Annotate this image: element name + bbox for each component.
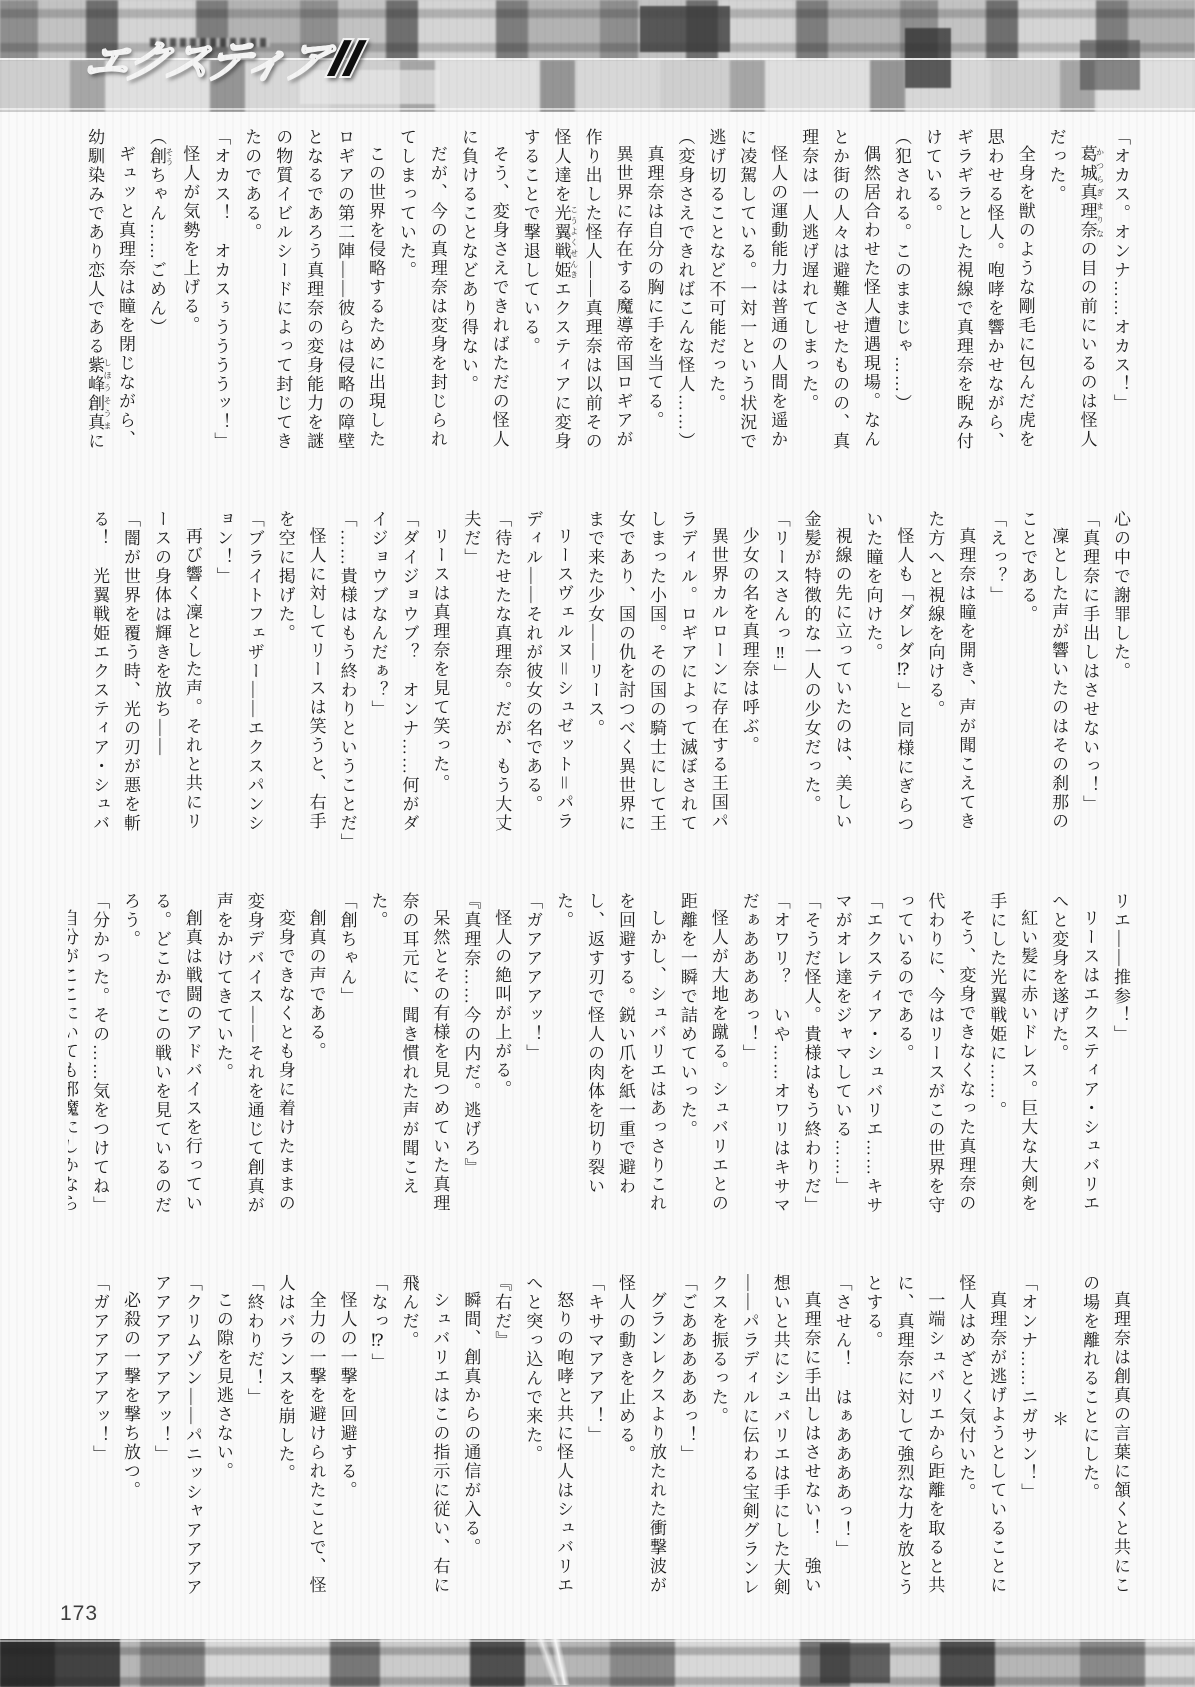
collage-divider-line	[0, 108, 1195, 110]
paragraph: ギュッと真理奈は瞳を閉じながら、幼馴染みであり恋人である紫峰創真しほうそうまに	[78, 128, 140, 464]
paragraph: 「……貴様はもう終わりということだ」	[331, 510, 362, 846]
paragraph: （犯される。このままじゃ……）	[885, 128, 916, 464]
paragraph: 「させん！ はぁああああっ！」	[826, 1274, 857, 1610]
paragraph: 真理奈は瞳を開き、声が聞こえてきた方へと視線を向ける。	[918, 510, 980, 846]
paragraph: 怪人の絶叫が上がる。	[485, 892, 516, 1228]
paragraph: 創真の声である。	[300, 892, 331, 1228]
paragraph: 『右だ』	[485, 1274, 516, 1610]
paragraph: グランレクスより放たれた衝撃波が怪人の動きを止める。	[609, 1274, 671, 1610]
collage-divider-line	[0, 1640, 1195, 1642]
paragraph: 「真理奈に手出しはさせないっ！」	[1073, 510, 1104, 846]
paragraph: リースはエクスティア・シュバリエへと変身を遂げた。	[1042, 892, 1104, 1228]
paragraph: 「リースさんっ‼」	[764, 510, 795, 846]
text-band-3: リエ――推参！」リースはエクスティア・シュバリエへと変身を遂げた。紅い髪に赤いド…	[68, 892, 1135, 1228]
series-logo-text: エクスティア	[78, 38, 333, 87]
paragraph: 「ガアアアアアッ！」	[83, 1274, 114, 1610]
paragraph: リースヴェルヌ＝シュゼット＝パラディル――それが彼女の名である。	[516, 510, 578, 846]
paragraph: 真理奈は自分の胸に手を当てる。	[638, 128, 669, 464]
paragraph: 「待たせたな真理奈。だが、もう大丈夫だ」	[454, 510, 516, 846]
paragraph: だが、今の真理奈は変身を封じられてしまっていた。	[390, 128, 452, 464]
paragraph: 真理奈が逃げようとしていることに怪人はめざとく気付いた。	[949, 1274, 1011, 1610]
paragraph: 怪人の運動能力は普通の人間を遥かに凌駕している。一対一という状況で逃げ切ることな…	[699, 128, 792, 464]
paragraph: 瞬間、創真からの通信が入る。	[454, 1274, 485, 1610]
paragraph: 再び響く凜とした声。それと共にリースの身体は輝きを放ち――	[145, 510, 207, 846]
paragraph: 「創ちゃん」	[331, 892, 362, 1228]
text-band-1: 「オカス。オンナ……オカス！」葛城真理奈かつらぎまりなの目の前にいるのは怪人だっ…	[68, 128, 1135, 464]
paragraph: 真理奈は創真の言葉に頷くと共にこの場を離れることにした。	[1073, 1274, 1135, 1610]
paragraph: リエ――推参！」	[1104, 892, 1135, 1228]
paragraph: 視線の先に立っていたのは、美しい金髪が特徴的な一人の少女だった。	[795, 510, 857, 846]
series-logo: エクスティアⅡ	[79, 34, 368, 86]
paragraph: 「オカス！ オカスぅううううッ！」	[204, 128, 235, 464]
text-band-4: 真理奈は創真の言葉に頷くと共にこの場を離れることにした。＊「オンナ……ニガサン！…	[68, 1274, 1135, 1610]
paragraph: 心の中で謝罪した。	[1104, 510, 1135, 846]
paragraph: 「そうだ怪人。貴様はもう終わりだ」	[795, 892, 826, 1228]
paragraph: 怒りの咆哮と共に怪人はシュバリエへと突っ込んで来た。	[516, 1274, 578, 1610]
collage-streak	[430, 1639, 690, 1685]
paragraph: 変身できなくとも身に着けたままの変身デバイス――それを通じて創真が声をかけてきて…	[207, 892, 300, 1228]
paragraph: 怪人も「ダレダ⁉」と同様にぎらついた瞳を向けた。	[857, 510, 919, 846]
paragraph: 真理奈に手出しはさせない！ 強い想いと共にシュバリエは手にした大剣――パラディル…	[702, 1274, 826, 1610]
paragraph: （創そうちゃん……ごめん）	[140, 128, 173, 464]
page-number: 173	[60, 1602, 98, 1626]
paragraph: 「ごあああああっ！」	[671, 1274, 702, 1610]
paragraph: そう、変身できなくなった真理奈の代わりに、今はリースがこの世界を守っているのであ…	[888, 892, 981, 1228]
paragraph: 「分かった。その……気をつけてね」	[83, 892, 114, 1228]
paragraph: 「ガアアアアッ！」	[516, 892, 547, 1228]
paragraph: 「ダイジョウブ？ オンナ……何がダイジョウブなんだぁ？」	[362, 510, 424, 846]
paragraph: 『真理奈……今の内だ。逃げろ』	[454, 892, 485, 1228]
paragraph: この隙を見逃さない。	[207, 1274, 238, 1610]
paragraph: 「なっ⁉」	[362, 1274, 393, 1610]
paragraph: 偶然居合わせた怪人遭遇現場。なんとか街の人々は避難させたものの、真理奈は一人逃げ…	[792, 128, 885, 464]
paragraph: 一端シュバリエから距離を取ると共に、真理奈に対して強烈な力を放とうとする。	[857, 1274, 950, 1610]
paragraph: 呆然とその有様を見つめていた真理奈の耳元に、聞き慣れた声が聞こえた。	[362, 892, 455, 1228]
collage-block	[1080, 40, 1140, 90]
paragraph: この世界を侵略するために出現したロギアの第二陣――彼らは侵略の障壁となるであろう…	[235, 128, 390, 464]
collage-block	[640, 6, 730, 52]
collage-block	[820, 1643, 890, 1683]
paragraph: 「闇が世界を覆う時、光の刃が悪を斬る！ 光翼戦姫エクスティア・シュバ	[83, 510, 145, 846]
novel-page: エクスティアⅡ 「オカス。オンナ……オカス！」葛城真理奈かつらぎまりなの目の前に…	[0, 0, 1195, 1687]
text-band-2: 心の中で謝罪した。「真理奈に手出しはさせないっ！」凜とした声が響いたのはその刹那…	[68, 510, 1135, 846]
paragraph: （変身さえできればこんな怪人……）	[668, 128, 699, 464]
paragraph: 全力の一撃を避けられたことで、怪人はバランスを崩した。	[269, 1274, 331, 1610]
paragraph: 必殺の一撃を撃ち放つ。	[114, 1274, 145, 1610]
paragraph: 葛城真理奈かつらぎまりなの目の前にいるのは怪人だった。	[1040, 128, 1104, 464]
paragraph: 「クリムゾン――パニッシャアアアアアアアアアアアッ！」	[145, 1274, 207, 1610]
paragraph: 「終わりだ！」	[238, 1274, 269, 1610]
paragraph: 異世界に存在する魔導帝国ロギアが作り出した怪人――真理奈は以前その怪人達を光翼戦…	[514, 128, 638, 464]
paragraph: 少女の名を真理奈は呼ぶ。	[733, 510, 764, 846]
paragraph: 怪人に対してリースは笑うと、右手を空に掲げた。	[269, 510, 331, 846]
collage-block	[0, 1639, 120, 1687]
paragraph: 「オンナ……ニガサン！」	[1011, 1274, 1042, 1610]
paragraph: そう、変身さえできればただの怪人に負けることなどあり得ない。	[452, 128, 514, 464]
paragraph: 異世界カルローンに存在する王国パラディル。ロギアによって滅ぼされてしまった小国。…	[578, 510, 733, 846]
section-separator: ＊	[1042, 1274, 1073, 1610]
paragraph: 全身を獣のような剛毛に包んだ虎を思わせる怪人。咆哮を響かせながら、ギラギラとした…	[916, 128, 1040, 464]
paragraph: 「エクスティア・シュバリエ……キサマがオレ達をジャマしている……」	[826, 892, 888, 1228]
paragraph: 怪人が気勢を上げる。	[173, 128, 204, 464]
paragraph: シュバリエはこの指示に従い、右に飛んだ。	[393, 1274, 455, 1610]
paragraph: 紅い髪に赤いドレス。巨大な大剣を手にした光翼戦姫に……。	[980, 892, 1042, 1228]
paragraph: リースは真理奈を見て笑った。	[423, 510, 454, 846]
paragraph: 自分がここにいても邪魔にしかならない。	[68, 892, 83, 1228]
paragraph: 怪人の一撃を回避する。	[331, 1274, 362, 1610]
paragraph: 「ブライトフェザー――エクスパンション！」	[207, 510, 269, 846]
paragraph: 「キサマアアア！」	[578, 1274, 609, 1610]
paragraph: 「オカス。オンナ……オカス！」	[1104, 128, 1135, 464]
paragraph: 創真は戦闘のアドバイスを行っている。どこかでこの戦いを見ているのだろう。	[114, 892, 207, 1228]
paragraph: しかし、シュバリエはあっさりこれを回避する。鋭い爪を紙一重で避わし、返す刃で怪人…	[547, 892, 671, 1228]
page-text-area: 「オカス。オンナ……オカス！」葛城真理奈かつらぎまりなの目の前にいるのは怪人だっ…	[68, 128, 1135, 1656]
paragraph: 「えっ？」	[980, 510, 1011, 846]
paragraph: 怪人が大地を蹴る。シュバリエとの距離を一瞬で詰めていった。	[671, 892, 733, 1228]
paragraph: 凜とした声が響いたのはその刹那のことである。	[1011, 510, 1073, 846]
header-banner-art: エクスティアⅡ	[0, 0, 1195, 112]
paragraph: 「オワリ？ いや……オワリはキサマだぁああああっ！」	[733, 892, 795, 1228]
footer-banner-art	[0, 1639, 1195, 1687]
